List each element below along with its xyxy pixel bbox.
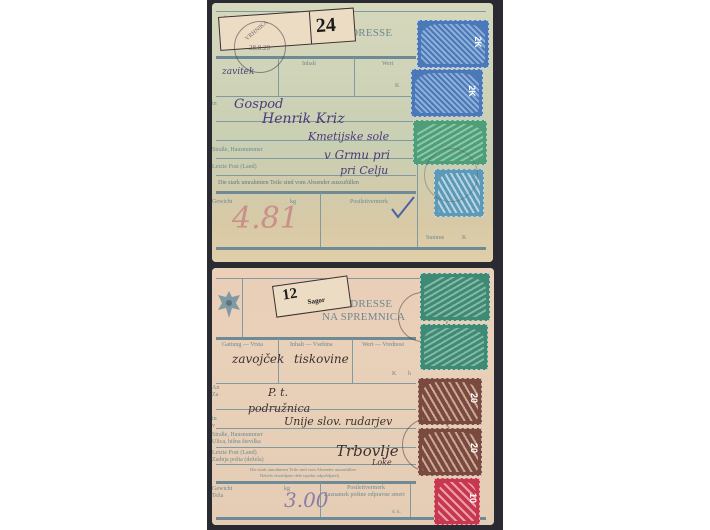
label-value: Wert — Vrednost: [362, 342, 404, 348]
handwritten-recipient-1: P. t.: [268, 386, 288, 399]
stamp-blue-1: 2K: [417, 20, 489, 68]
pencil-weight: 4.81: [232, 201, 299, 236]
checkmark-icon: [388, 193, 418, 223]
parcel-number: 24: [315, 14, 337, 38]
handwritten-type: zavojček: [232, 352, 284, 366]
stamp-brown-2: 20: [418, 428, 482, 476]
label-dk: d. k.: [392, 510, 401, 515]
label-zu: Za: [212, 392, 218, 398]
parcel-origin: Sagor: [307, 296, 325, 306]
label-v: v: [212, 423, 215, 429]
parcel-card-top: ADRESSE Inhalt Wert K in Straße, Hausnum…: [212, 3, 493, 262]
handwritten-recipient-3: Unije slov. rudarjev: [284, 415, 392, 428]
eagle-crest-icon: [216, 288, 242, 322]
sender-notice-sl: Debelo obrobljene dele izpolni odpošilja…: [260, 473, 339, 478]
label-currency-2: h: [408, 371, 411, 377]
handwritten-recipient-5: Loke: [372, 458, 392, 467]
label-street: Straße, Hausnummer: [212, 147, 263, 153]
label-last-post-sl: Zadnja pošta (dežela): [212, 457, 264, 463]
parcel-card-bottom: TADRESSE NA SPREMNICA Gattung — Vrsta In…: [212, 268, 494, 525]
label-street-de: Straße, Hausnummer: [212, 432, 263, 438]
label-contents: Inhalt — Vsebina: [290, 342, 333, 348]
handwritten-recipient-5: pri Celju: [340, 164, 388, 177]
handwritten-contents: tiskovine: [294, 352, 349, 366]
handwritten-recipient-2: Henrik Kriz: [262, 111, 345, 127]
label-type: Gattung — Vrsta: [222, 342, 263, 348]
sender-notice-de: Die stark umrahmten Teile sind vom Absen…: [250, 467, 356, 472]
stamp-green-2: [420, 324, 488, 370]
label-postal-remark: Postleitvermerk: [350, 199, 388, 205]
label-value: Wert: [382, 61, 394, 67]
handwritten-recipient-4: v Grmu pri: [324, 148, 390, 162]
label-postal-remark-sl: Zaznamek poštne odpravne smeri: [324, 492, 405, 498]
label-postal-remark-de: Postleitvermerk: [347, 485, 385, 491]
label-street-sl: Ulica, hišna številka: [212, 439, 261, 445]
handwritten-recipient-2: podružnica: [248, 402, 310, 415]
handwritten-type: zavitek: [222, 67, 254, 77]
label-sum: Summe: [426, 235, 444, 241]
label-weight-de: Gewicht: [212, 486, 232, 492]
label-in: in: [212, 416, 217, 422]
sender-notice: Die stark umrahmten Teile sind vom Absen…: [218, 180, 359, 186]
postmark-arrival: [424, 148, 478, 202]
header-subtitle: NA SPREMNICA: [322, 311, 405, 323]
stamp-brown-1: 20: [418, 378, 482, 425]
label-weight: Gewicht: [212, 199, 232, 205]
handwritten-recipient-3: Kmetijske sole: [308, 130, 389, 143]
handwritten-weight: 3.00: [284, 488, 329, 512]
label-last-post-de: Letzte Post (Land): [212, 450, 257, 456]
stamp-green-1: [420, 273, 490, 321]
label-sum-unit: K: [462, 235, 466, 241]
label-an: An: [212, 385, 219, 391]
label-weight-sl: Teža: [212, 493, 223, 499]
stamp-blue-2: 2K: [411, 69, 483, 117]
postmark-vrhnika: VRHNIKA 28.8.20: [234, 21, 286, 73]
label-in: in: [212, 101, 217, 107]
parcel-number: 12: [281, 286, 298, 305]
label-contents: Inhalt: [302, 61, 316, 67]
label-currency: K: [392, 371, 396, 377]
handwritten-recipient-1: Gospod: [234, 97, 283, 112]
label-last-post: Letzte Post (Land): [212, 164, 257, 170]
stamp-red: 10: [434, 478, 480, 525]
label-currency: K: [395, 83, 399, 89]
